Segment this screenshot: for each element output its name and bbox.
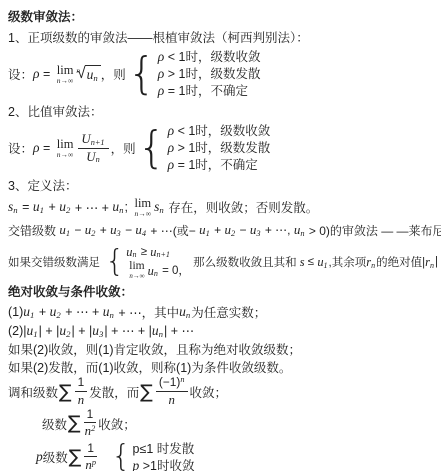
tok-txt: =	[19, 200, 33, 214]
left-brace: {	[111, 442, 130, 471]
absolute-conditional-heading: 绝对收敛与条件收敛：	[8, 282, 439, 300]
tok-txt: −	[71, 223, 85, 237]
tok-txt: (−1)	[159, 376, 180, 390]
tok-it: u	[59, 199, 66, 215]
harmonic-series-line: 调和级数∑1n发散，而∑(−1)nn收敛；	[8, 376, 439, 407]
tok-sub: 4	[142, 229, 146, 238]
case-line: ρ > 1时，级数发散	[168, 140, 271, 156]
tok-sub: 2	[56, 310, 60, 320]
tok-txt: 调和级数	[8, 383, 58, 401]
tok-txt: 1	[78, 376, 85, 390]
tok-lim: limn→∞	[134, 197, 151, 218]
tok-sub: 2	[91, 229, 95, 238]
tok-txt: ，则	[101, 65, 126, 83]
tok-lim: limn→∞	[57, 64, 74, 85]
tok-lim: limn→∞	[57, 138, 74, 159]
tok-cases: {ρ < 1时，级数收敛ρ > 1时，级数发散ρ = 1时，不确定	[138, 123, 271, 173]
tok-frac: 1n	[75, 376, 88, 407]
case-line: p≤1 时发散	[133, 441, 195, 457]
tok-it: p	[36, 449, 43, 465]
tok-txt: (1)	[8, 305, 23, 319]
tok-frac: Un+1Un	[78, 132, 108, 165]
tok-sub: 1	[66, 229, 70, 238]
tok-lim: limn→∞	[129, 261, 144, 280]
tok-txt: | + ⋯ + |	[104, 323, 152, 338]
tok-sub: n+1	[91, 138, 105, 148]
tok-txt: +	[96, 223, 110, 237]
tok-sub: n	[96, 155, 100, 165]
tok-it: u	[50, 304, 57, 320]
tok-txt: +	[45, 200, 59, 214]
tok-txt: +	[35, 305, 49, 319]
tok-sub: 2	[66, 329, 70, 339]
tok-txt: >1时收敛	[139, 458, 194, 471]
method-3-heading: 3、定义法：	[8, 176, 439, 194]
tok-txt: p≤1 时发散	[133, 441, 195, 457]
tok-txt: 设：	[8, 139, 33, 157]
tok-cases: {ρ < 1时，级数收敛ρ > 1时，级数发散ρ = 1时，不确定	[128, 49, 261, 99]
tok-txt: < 1时，级数收敛	[174, 123, 270, 139]
tok-it: u	[152, 323, 159, 339]
tok-txt: + ⋯，其中	[115, 303, 179, 321]
tok-sup: 2	[91, 424, 95, 434]
tok-txt: = 1时，不确定	[174, 157, 258, 173]
tok-txt: > 1时，级数发散	[174, 140, 270, 156]
definition-formula: sn = u1 + u2 + ⋯ + un; limn→∞sn 存在，则收敛；否…	[8, 196, 439, 218]
case-line: un ≥ un+1	[126, 244, 190, 260]
tok-sub: n	[186, 310, 190, 320]
tok-it: n	[78, 393, 84, 408]
tok-sub: n	[13, 205, 17, 215]
tok-txt: 为任意实数；	[191, 303, 266, 321]
tok-txt: −	[236, 223, 250, 237]
tok-txt: 那么级数收敛且其和	[190, 254, 300, 270]
tok-sub: n	[159, 205, 163, 215]
tok-txt: + ⋯ +	[62, 304, 103, 319]
tok-txt: | ≤	[435, 256, 441, 268]
absolute-convergence-rule: 如果(2)收敛，则(1)肯定收敛，且称为绝对收敛级数；	[8, 340, 439, 358]
tok-txt: (2)|	[8, 324, 27, 338]
tok-txt: 交错级数	[8, 222, 59, 239]
tok-txt: 级数	[42, 415, 67, 433]
method-1-heading: 1、正项级数的审敛法——根植审敛法（柯西判别法）：	[8, 28, 439, 46]
tok-txt: ;	[125, 200, 132, 214]
tok-txt: 设：	[8, 65, 33, 83]
tok-sub: n	[154, 266, 158, 282]
left-brace: {	[138, 126, 166, 170]
tok-txt: = 0，	[159, 263, 190, 279]
case-line: limn→∞un = 0，	[126, 261, 190, 280]
tok-sub: 1	[40, 205, 44, 215]
tok-it: u	[179, 304, 186, 320]
tok-sub: 3	[117, 229, 121, 238]
tok-sub: n	[133, 247, 137, 263]
tok-sub: 2	[231, 229, 235, 238]
tok-txt: +	[211, 223, 225, 237]
tok-cases: {p≤1 时发散p >1时收敛	[111, 441, 194, 471]
tok-txt: 收敛；	[190, 383, 228, 401]
case-line: ρ > 1时，级数发散	[158, 66, 261, 82]
p-series-line: p级数∑1np {p≤1 时发散p >1时收敛	[36, 439, 439, 471]
tok-it: u	[112, 199, 119, 215]
alternating-series-intro: 交错级数 u1 − u2 + u3 − u4 + ⋯(或− u1 + u2 − …	[8, 220, 439, 240]
tok-sum: ∑	[140, 384, 153, 403]
case-line: ρ = 1时，不确定	[168, 157, 271, 173]
tok-sub: 1	[30, 310, 34, 320]
tok-txt: + ⋯,	[262, 223, 294, 237]
left-brace: {	[128, 52, 156, 96]
tok-sub: 1	[33, 329, 37, 339]
tok-sub: 3	[256, 229, 260, 238]
tok-sub: 3	[99, 329, 103, 339]
tok-txt: ≥	[138, 244, 151, 260]
tok-it: u	[27, 323, 34, 339]
case-line: ρ < 1时，级数收敛	[158, 49, 261, 65]
tok-txt: 级数	[43, 448, 68, 466]
tok-it: u	[59, 323, 66, 339]
tok-txt: < 1时，级数收敛	[164, 49, 260, 65]
tok-sub: n	[119, 205, 123, 215]
tok-sum: ∑	[68, 415, 81, 434]
tok-txt: 的绝对值|	[376, 254, 425, 270]
case-line: p >1时收敛	[133, 458, 195, 471]
conditional-convergence-rule: 如果(2)发散，而(1)收敛，则称(1)为条件收敛级数。	[8, 358, 439, 376]
tok-txt: −	[122, 223, 136, 237]
tok-sub: 1	[324, 261, 328, 270]
tok-sum: ∑	[69, 449, 82, 468]
tok-txt: =	[40, 67, 54, 81]
tok-sub: n	[300, 229, 304, 238]
tok-txt: + ⋯ +	[71, 200, 112, 215]
tok-it: u	[87, 67, 94, 83]
tok-sub: n	[110, 310, 114, 320]
tok-txt: 1	[87, 442, 94, 456]
series-2-line: (2)|u1| + |u2| + |u3| + ⋯ + |un| + ⋯	[8, 321, 439, 340]
tok-txt: 1	[87, 408, 94, 422]
root-test-formula: 设：ρ = limn→∞n√un，则{ρ < 1时，级数收敛ρ > 1时，级数发…	[8, 48, 439, 100]
tok-sum: ∑	[59, 384, 72, 403]
tok-frac: 1np	[84, 442, 97, 471]
tok-txt: | + |	[72, 324, 93, 338]
tok-frac: (−1)nn	[156, 376, 188, 407]
tok-sup: p	[92, 458, 96, 468]
tok-it: u	[33, 199, 40, 215]
tok-sub: n	[430, 261, 434, 270]
tok-txt: > 0)的审敛法 — —莱布尼兹定理：	[306, 222, 441, 239]
leibniz-theorem-line: 如果交错级数满足 {un ≥ un+1limn→∞un = 0， 那么级数收敛且…	[8, 244, 439, 280]
tok-cases: {un ≥ un+1limn→∞un = 0，	[105, 244, 190, 280]
tok-sub: n+1	[156, 247, 169, 263]
tok-it: U	[86, 150, 95, 165]
tok-txt: 如果交错级数满足	[8, 254, 103, 270]
tok-txt: ≤	[305, 256, 318, 268]
tok-txt: | + |	[39, 324, 60, 338]
tok-txt: =	[40, 141, 54, 155]
tok-sub: n	[371, 261, 375, 270]
method-2-heading: 2、比值审敛法：	[8, 102, 439, 120]
tok-txt: ,其余项	[329, 254, 367, 270]
tok-it: u	[23, 304, 30, 320]
n-squared-series-line: 级数∑1n2收敛；	[42, 408, 439, 439]
tok-txt: = 1时，不确定	[164, 83, 248, 99]
tok-it: n	[169, 393, 175, 408]
tok-root: n√un	[76, 65, 100, 83]
tok-txt: 收敛；	[98, 415, 136, 433]
tok-txt: 存在，则收敛；否则发散。	[165, 198, 318, 216]
series-1-line: (1)u1 + u2 + ⋯ + un + ⋯，其中un为任意实数；	[8, 302, 439, 321]
tok-txt: + ⋯(或−	[147, 222, 199, 239]
left-brace: {	[105, 247, 124, 277]
case-line: ρ = 1时，不确定	[158, 83, 261, 99]
tok-it: u	[103, 304, 110, 320]
tok-sub: 2	[66, 205, 70, 215]
document-page: 级数审敛法： 1、正项级数的审敛法——根植审敛法（柯西判别法）： 设：ρ = l…	[0, 0, 441, 471]
tok-it: U	[81, 132, 90, 147]
tok-txt: > 1时，级数发散	[164, 66, 260, 82]
tok-txt: ，则	[111, 139, 136, 157]
tok-frac: 1n2	[84, 408, 97, 439]
case-line: ρ < 1时，级数收敛	[168, 123, 271, 139]
doc-title: 级数审敛法：	[8, 7, 439, 25]
tok-sub: n	[159, 329, 163, 339]
tok-txt	[99, 450, 109, 464]
tok-txt: | + ⋯	[164, 323, 194, 338]
tok-it: p	[133, 458, 140, 471]
tok-sub: n	[93, 73, 97, 83]
tok-sub: 1	[206, 229, 210, 238]
ratio-test-formula: 设：ρ = limn→∞Un+1Un，则{ρ < 1时，级数收敛ρ > 1时，级…	[8, 122, 439, 174]
tok-txt: 发散，而	[89, 383, 139, 401]
tok-sup: n	[180, 375, 184, 385]
